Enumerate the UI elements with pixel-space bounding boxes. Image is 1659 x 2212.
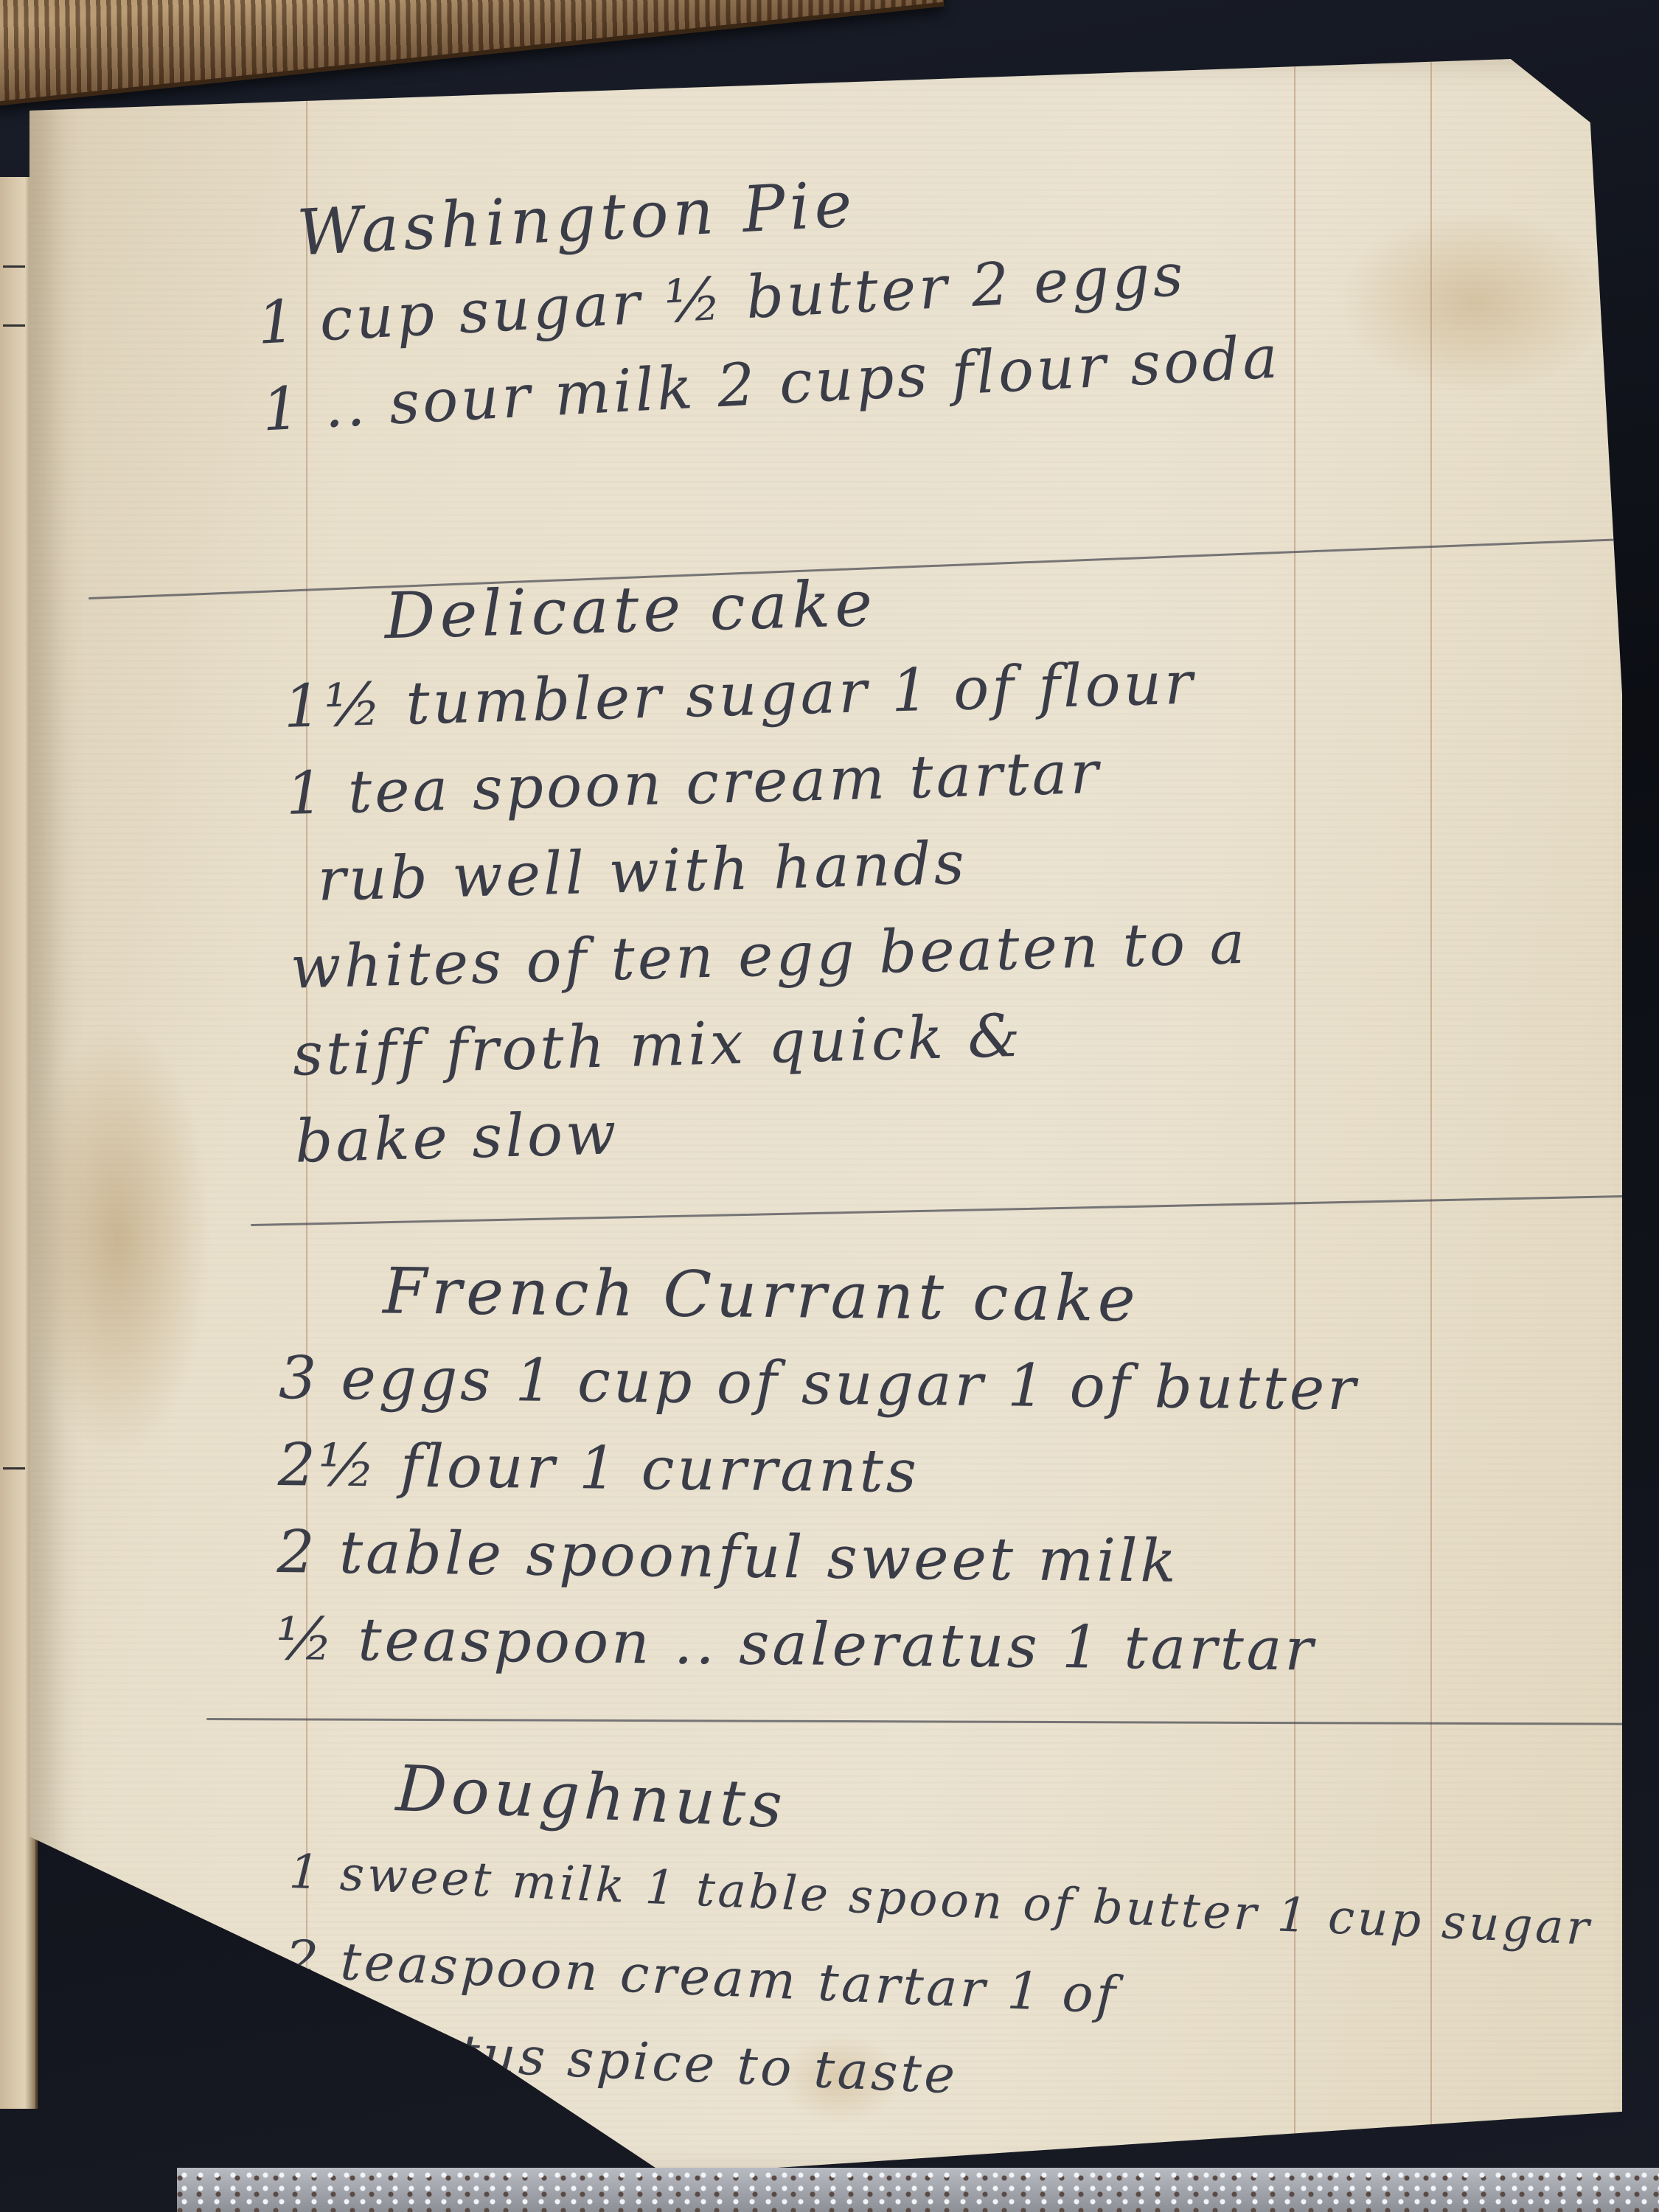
stitch-mark	[3, 1467, 25, 1470]
recipe-divider	[251, 1195, 1630, 1226]
recipe-line: ½ teaspoon .. saleratus 1 tartar	[276, 1596, 1357, 1694]
recipe-line: 2 table spoonful sweet milk	[276, 1509, 1357, 1607]
notebook-page: Washington Pie 1 cup sugar ½ butter 2 eg…	[29, 59, 1622, 2175]
recipe-line: 3 eggs 1 cup of sugar 1 of butter	[279, 1335, 1360, 1433]
stitch-mark	[3, 265, 25, 268]
recipe-line: 2½ flour 1 currants	[277, 1422, 1358, 1520]
stitch-mark	[3, 324, 25, 327]
recipe-french-currant-cake: French Currant cake 3 eggs 1 cup of suga…	[276, 1246, 1360, 1694]
recipe-divider	[206, 1718, 1630, 1725]
recipe-washington-pie: Washington Pie 1 cup sugar ½ butter 2 eg…	[251, 139, 1283, 454]
silver-patterned-fabric	[177, 2168, 1659, 2212]
recipe-delicate-cake: Delicate cake 1½ tumbler sugar 1 of flou…	[280, 550, 1253, 1186]
recipe-title: French Currant cake	[383, 1247, 1360, 1346]
